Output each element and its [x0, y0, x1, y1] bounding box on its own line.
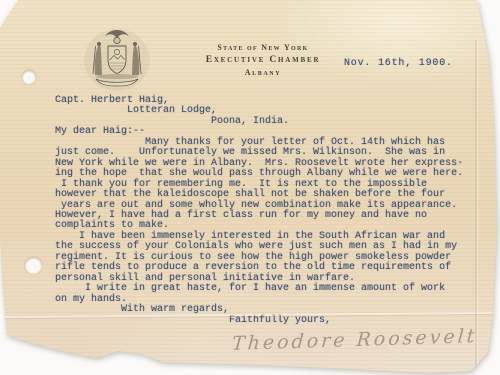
letterhead-office: Executive Chamber [183, 55, 343, 65]
paper-surface: State of New York Executive Chamber Alba… [0, 0, 500, 375]
letterhead-state: State of New York [183, 43, 343, 52]
punch-hole-top [22, 70, 36, 84]
signature-theodore-roosevelt: Theodore Roosevelt [231, 325, 478, 355]
letter-paper: State of New York Executive Chamber Alba… [0, 0, 500, 375]
new-york-coat-of-arms-icon [82, 24, 152, 94]
letterhead-city: Albany [183, 68, 343, 77]
letter-body: Many thanks for your letter of Oct. 14th… [55, 138, 463, 305]
date-line: Nov. 16th, 1900. [344, 58, 453, 69]
closing-lines: With warm regards, Faithfully yours, [55, 305, 463, 326]
typed-letter-content: Capt. Herbert Haig, Lotteran Lodge, Poon… [55, 96, 463, 326]
scan-background: State of New York Executive Chamber Alba… [0, 0, 500, 375]
punch-hole-bottom [25, 257, 42, 274]
recipient-address: Capt. Herbert Haig, Lotteran Lodge, Poon… [55, 96, 463, 127]
letterhead: State of New York Executive Chamber Alba… [183, 43, 343, 77]
